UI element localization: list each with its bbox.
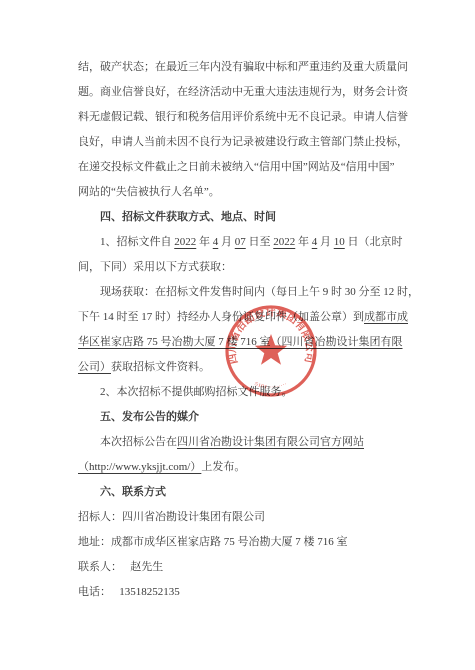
underlined-text: 四川省冶勘设计集团有限公司官方网站 [177,436,364,448]
text-segment: 2、本次招标不提供邮购招标文件服务。 [100,386,293,398]
document-line: 2、本次招标不提供邮购招标文件服务。 [78,380,423,405]
section-heading: 四、招标文件获取方式、地点、时间 [78,205,423,230]
text-segment: 日（北京时 [345,236,403,248]
text-segment: 电话： 13518252135 [78,586,180,598]
document-page: 结，破产状态；在最近三年内没有骗取中标和严重违约及重大质量问题。商业信誉良好，在… [0,0,475,670]
document-line: 本次招标公告在四川省冶勘设计集团有限公司官方网站 [78,430,423,455]
underlined-text: 2022 [273,236,295,248]
document-line: 料无虚假记载、银行和税务信用评价系统中无不良记录。申请人信誉 [78,105,423,130]
text-segment: 现场获取：在招标文件发售时间内（每日上午 9 时 30 分至 12 时， [100,286,419,298]
document-line: 网站的“失信被执行人名单”。 [78,180,423,205]
text-segment: 获取招标文件资料。 [111,361,210,373]
document-line: 1、招标文件自 2022 年 4 月 07 日至 2022 年 4 月 10 日… [78,230,423,255]
underlined-text: 07 [235,236,246,248]
document-line: 下午 14 时至 17 时）持经办人身份证复印件（加盖公章）到成都市成 [78,305,423,330]
text-segment: 六、联系方式 [100,486,166,498]
section-heading: 六、联系方式 [78,480,423,505]
document-line: 华区崔家店路 75 号冶勘大厦 7 楼 716 室（四川省冶勘设计集团有限 [78,330,423,355]
document-line: （http://www.yksjjt.com/）上发布。 [78,455,423,480]
text-segment: 间，下同）采用以下方式获取： [78,261,232,273]
document-line: 电话： 13518252135 [78,580,423,605]
text-segment: 四、招标文件获取方式、地点、时间 [100,211,276,223]
document-line: 结，破产状态；在最近三年内没有骗取中标和严重违约及重大质量问 [78,55,423,80]
text-segment: 日至 [246,236,274,248]
underlined-text: （http://www.yksjjt.com/） [78,461,201,473]
text-segment: 结，破产状态；在最近三年内没有骗取中标和严重违约及重大质量问 [78,61,408,73]
text-segment: 上发布。 [201,461,245,473]
text-segment: 本次招标公告在 [100,436,177,448]
document-line: 地址：成都市成华区崔家店路 75 号冶勘大厦 7 楼 716 室 [78,530,423,555]
underlined-text: 成都市成 [364,311,408,323]
document-line: 间，下同）采用以下方式获取： [78,255,423,280]
underlined-text: 华区崔家店路 75 号冶勘大厦 7 楼 716 室（四川省冶勘设计集团有限 [78,336,403,348]
text-segment: 年 [196,236,213,248]
underlined-text: 公司） [78,361,111,373]
text-segment: 五、发布公告的媒介 [100,411,199,423]
text-segment: 地址：成都市成华区崔家店路 75 号冶勘大厦 7 楼 716 室 [78,536,348,548]
document-line: 现场获取：在招标文件发售时间内（每日上午 9 时 30 分至 12 时， [78,280,423,305]
text-segment: 在递交投标文件截止之日前未被纳入“信用中国”网站及“信用中国” [78,161,395,173]
text-segment: 联系人： 赵先生 [78,561,163,573]
text-segment: 料无虚假记载、银行和税务信用评价系统中无不良记录。申请人信誉 [78,111,408,123]
text-segment: 网站的“失信被执行人名单”。 [78,186,220,198]
text-segment: 月 [317,236,334,248]
document-line: 在递交投标文件截止之日前未被纳入“信用中国”网站及“信用中国” [78,155,423,180]
document-line: 题。商业信誉良好，在经济活动中无重大违法违规行为，财务会计资 [78,80,423,105]
document-line: 招标人：四川省冶勘设计集团有限公司 [78,505,423,530]
underlined-text: 2022 [174,236,196,248]
underlined-text: 10 [334,236,345,248]
text-segment: 下午 14 时至 17 时）持经办人身份证复印件（加盖公章）到 [78,311,364,323]
text-segment: 良好，申请人当前未因不良行为记录被建设行政主管部门禁止投标， [78,136,408,148]
document-line: 公司）获取招标文件资料。 [78,355,423,380]
section-heading: 五、发布公告的媒介 [78,405,423,430]
text-segment: 招标人：四川省冶勘设计集团有限公司 [78,511,265,523]
document-line: 联系人： 赵先生 [78,555,423,580]
text-segment: 月 [218,236,235,248]
document-text-block: 结，破产状态；在最近三年内没有骗取中标和严重违约及重大质量问题。商业信誉良好，在… [78,55,423,605]
text-segment: 1、招标文件自 [100,236,174,248]
text-segment: 年 [295,236,312,248]
text-segment: 题。商业信誉良好，在经济活动中无重大违法违规行为，财务会计资 [78,86,408,98]
document-line: 良好，申请人当前未因不良行为记录被建设行政主管部门禁止投标， [78,130,423,155]
